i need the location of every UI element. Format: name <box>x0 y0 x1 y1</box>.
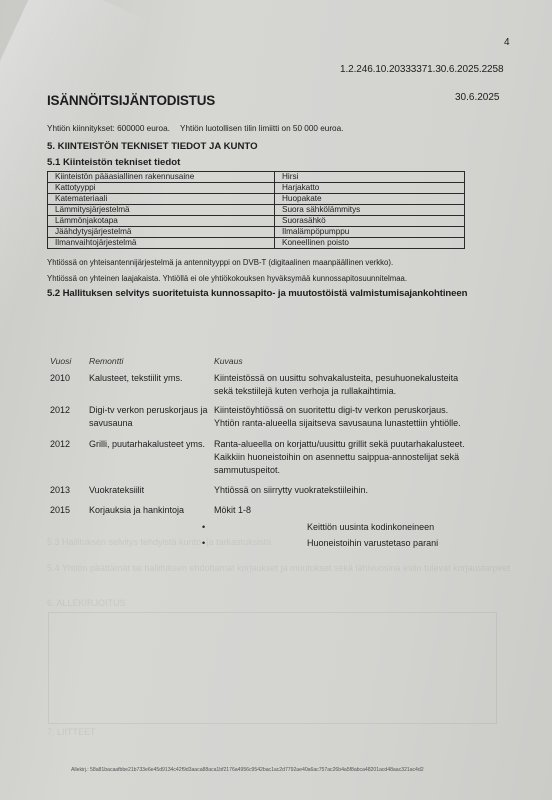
row-year: 2012 <box>50 438 70 451</box>
tech-label: Lämmönjakotapa <box>48 216 275 227</box>
row-year: 2015 <box>50 504 70 517</box>
section-5-2-heading: 5.2 Hallituksen selvitys suoritetuista k… <box>47 288 467 299</box>
table-row: JäähdytysjärjestelmäIlmalämpöpumppu <box>48 227 465 238</box>
tech-value: Koneellinen poisto <box>275 238 465 249</box>
tech-value: Harjakatto <box>275 183 465 194</box>
row-repair: Grilli, puutarhakalusteet yms. <box>89 438 221 451</box>
antenna-note: Yhtiössä on yhteisantennijärjestelmä ja … <box>47 258 393 267</box>
tech-label: Jäähdytysjärjestelmä <box>48 227 275 238</box>
tech-value: Suora sähkölämmitys <box>275 205 465 216</box>
tech-label: Lämmitysjärjestelmä <box>48 205 275 216</box>
bleed-through-text: 6. ALLEKIRJOITUS <box>47 598 126 608</box>
document-title: ISÄNNÖITSIJÄNTODISTUS <box>47 93 215 108</box>
table-row: LämmönjakotapaSuorasähkö <box>48 216 465 227</box>
section-5-1-heading: 5.1 Kiinteistön tekniset tiedot <box>47 157 180 168</box>
row-description: Yhtiössä on siirrytty vuokratekstiileihi… <box>214 484 534 497</box>
page-number: 4 <box>504 37 510 48</box>
mortgage-info: Yhtiön kiinnitykset: 600000 euroa. Yhtiö… <box>47 124 351 133</box>
table-row: IlmanvaihtojärjestelmäKoneellinen poisto <box>48 238 465 249</box>
signature-hash: Allekirj.: 58a81bacaafbbe21b733e6e45d913… <box>71 767 424 773</box>
row-description: Kiinteistöyhtiössä on suoritettu digi-tv… <box>214 404 534 430</box>
row-repair: Vuokrateksiilit <box>89 484 221 497</box>
tech-label: Kattotyyppi <box>48 183 275 194</box>
section-5-heading: 5. KIINTEISTÖN TEKNISET TIEDOT JA KUNTO <box>47 141 258 152</box>
credit-limit-text: Yhtiön luotollisen tilin limiitti on 50 … <box>180 124 343 133</box>
row-year: 2013 <box>50 484 70 497</box>
bleed-through-text: 7. LIITTEET <box>47 727 96 737</box>
bleed-through-box <box>48 612 497 724</box>
tech-value: Hirsi <box>275 172 465 183</box>
row-year: 2012 <box>50 404 70 417</box>
mortgages-text: Yhtiön kiinnitykset: 600000 euroa. <box>47 124 170 133</box>
row-description: Mökit 1-8•Keittiön uusinta kodinkoneinee… <box>214 504 534 551</box>
bullet-item: •Keittiön uusinta kodinkoneineen <box>202 519 534 535</box>
bleed-through-text: 5.4 Yhtiön päättämät tai hallituksen ehd… <box>47 563 510 573</box>
table-row: KatemateriaaliHuopakate <box>48 194 465 205</box>
row-description: Ranta-alueella on korjattu/uusittu grill… <box>214 438 534 477</box>
row-description: Kiinteistössä on uusittu sohvakalusteita… <box>214 372 534 398</box>
table-row: LämmitysjärjestelmäSuora sähkölämmitys <box>48 205 465 216</box>
bullet-item: •Huoneistoihin varustetaso parani <box>202 535 534 551</box>
bullet-icon: • <box>202 519 205 535</box>
header-repair: Remontti <box>89 356 221 366</box>
row-repair: Digi-tv verkon peruskorjaus ja savusauna <box>89 404 221 430</box>
bullet-icon: • <box>202 535 205 551</box>
row-year: 2010 <box>50 372 70 385</box>
broadband-note: Yhtiössä on yhteinen laajakaista. Yhtiöl… <box>47 274 407 283</box>
tech-value: Suorasähkö <box>275 216 465 227</box>
row-repair: Korjauksia ja hankintoja <box>89 504 221 517</box>
bullet-list: •Keittiön uusinta kodinkoneineen•Huoneis… <box>202 519 534 551</box>
tech-value: Huopakate <box>275 194 465 205</box>
tech-label: Katemateriaali <box>48 194 275 205</box>
document-date: 30.6.2025 <box>455 92 500 103</box>
document-id: 1.2.246.10.20333371.30.6.2025.2258 <box>340 64 503 75</box>
tech-label: Ilmanvaihtojärjestelmä <box>48 238 275 249</box>
tech-label: Kiinteistön pääasiallinen rakennusaine <box>48 172 275 183</box>
tech-value: Ilmalämpöpumppu <box>275 227 465 238</box>
row-repair: Kalusteet, tekstiilit yms. <box>89 372 221 385</box>
header-description: Kuvaus <box>214 356 534 366</box>
table-row: Kiinteistön pääasiallinen rakennusaineHi… <box>48 172 465 183</box>
technical-info-table: Kiinteistön pääasiallinen rakennusaineHi… <box>47 171 465 249</box>
table-row: KattotyyppiHarjakatto <box>48 183 465 194</box>
header-year: Vuosi <box>50 356 71 366</box>
